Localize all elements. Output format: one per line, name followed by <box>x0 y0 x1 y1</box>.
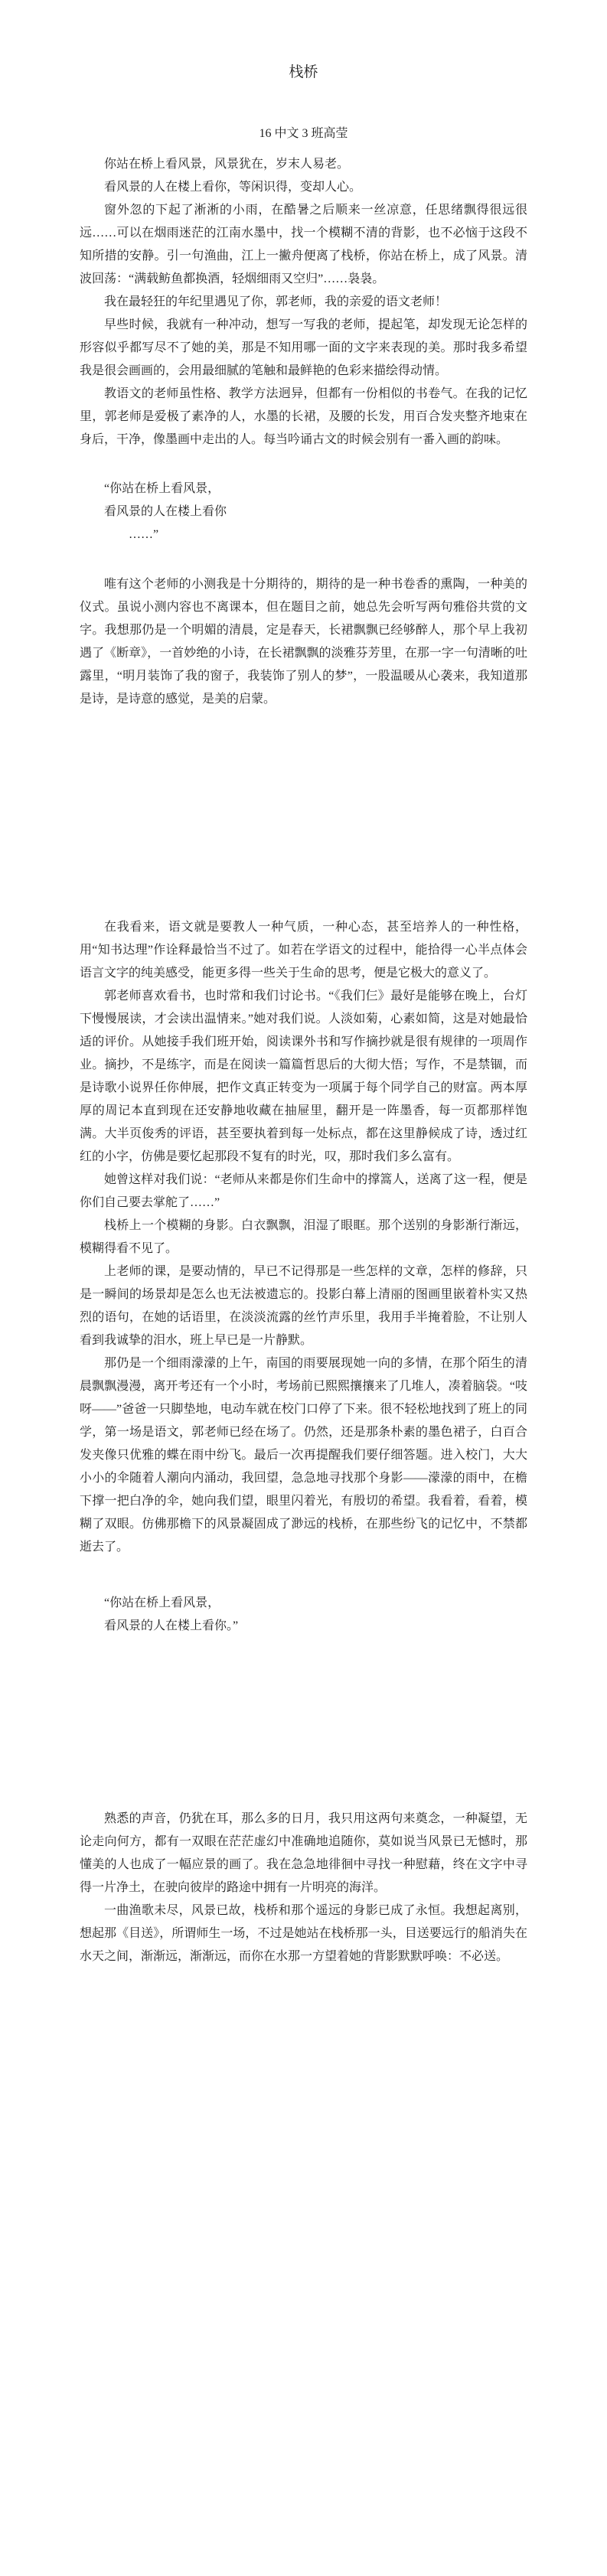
quote-line: “你站在桥上看风景， <box>104 478 527 501</box>
paragraph: 上老师的课，是要动情的，早已不记得那是一些怎样的文章，怎样的修辞，只是一瞬间的场… <box>80 1260 527 1352</box>
paragraph: 唯有这个老师的小测我是十分期待的，期待的是一种书卷香的熏陶，一种美的仪式。虽说小… <box>80 573 527 711</box>
paragraph: 在我看来，语文就是要教人一种气质，一种心态，甚至培养人的一种性格，用“知书达理”… <box>80 916 527 985</box>
paragraph: 你站在桥上看风景，风景犹在，岁末人易老。 <box>80 153 527 176</box>
paragraph: 郭老师喜欢看书，也时常和我们讨论书。“《我们仨》最好是能够在晚上，台灯下慢慢展读… <box>80 985 527 1169</box>
document-page: 栈桥 16 中文 3 班高莹 你站在桥上看风景，风景犹在，岁末人易老。看风景的人… <box>0 0 607 2576</box>
paragraph: 熟悉的声音，仍犹在耳，那么多的日月，我只用这两句来奠念，一种凝望，无论走向何方，… <box>80 1808 527 1899</box>
quote-line: “你站在桥上看风景， <box>104 1592 527 1615</box>
quote-line: 看风景的人在楼上看你 <box>104 501 527 523</box>
paragraph: 窗外忽的下起了淅淅的小雨，在酷暑之后顺来一丝凉意，任思绪飘得很远很远……可以在烟… <box>80 199 527 291</box>
document-byline: 16 中文 3 班高莹 <box>80 122 527 145</box>
paragraph: 教语文的老师虽性格、教学方法迥异，但都有一份相似的书卷气。在我的记忆里，郭老师是… <box>80 383 527 452</box>
document-body: 你站在桥上看风景，风景犹在，岁末人易老。看风景的人在楼上看你，等闲识得，变却人心… <box>80 153 527 1968</box>
paragraph: 她曾这样对我们说：“老师从来都是你们生命中的撑篙人，送离了这一程，便是你们自己要… <box>80 1169 527 1215</box>
paragraph: 看风景的人在楼上看你，等闲识得，变却人心。 <box>80 176 527 199</box>
document-title: 栈桥 <box>80 63 527 83</box>
quote-line: ……” <box>129 523 527 546</box>
quote-line: 看风景的人在楼上看你。” <box>104 1615 527 1638</box>
paragraph: 栈桥上一个模糊的身影。白衣飘飘，泪湿了眼眶。那个送别的身影渐行渐远，模糊得看不见… <box>80 1215 527 1260</box>
document-content: 栈桥 16 中文 3 班高莹 你站在桥上看风景，风景犹在，岁末人易老。看风景的人… <box>0 0 607 1968</box>
paragraph: 一曲渔歌未尽，风景已故，栈桥和那个遥远的身影已成了永恒。我想起离别，想起那《目送… <box>80 1899 527 1968</box>
paragraph: 那仍是一个细雨濛濛的上午，南国的雨要展现她一向的多情，在那个陌生的清晨飘飘漫漫，… <box>80 1352 527 1559</box>
paragraph: 早些时候，我就有一种冲动，想写一写我的老师，提起笔，却发现无论怎样的形容似乎都写… <box>80 314 527 383</box>
paragraph: 我在最轻狂的年纪里遇见了你，郭老师，我的亲爱的语文老师！ <box>80 291 527 314</box>
